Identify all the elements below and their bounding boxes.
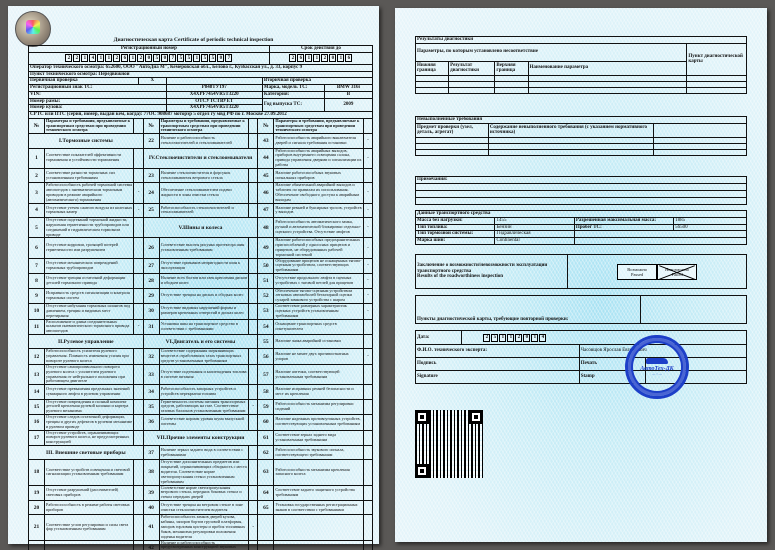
item-requirement: Отсутствие механических повреждений торм… — [45, 258, 134, 273]
max-mass-value: 1885 — [674, 217, 747, 224]
failed-en: Failed — [672, 272, 683, 277]
item-requirement: Наличие надежных противоугонных устройст… — [274, 415, 363, 430]
table-row: I.Тормозные системы22Наличие и работоспо… — [29, 134, 373, 148]
table-row: 13Отсутствие самопроизвольного поворота … — [29, 364, 373, 384]
col-header-param: Параметры и требования, предъявляемые к … — [45, 118, 134, 133]
item-status — [249, 238, 258, 258]
item-number: 4 — [29, 203, 45, 217]
item-status: - — [363, 148, 372, 168]
item-number: 57 — [258, 364, 274, 384]
item-number: 64 — [258, 485, 274, 500]
item-number: 60 — [258, 415, 274, 430]
item-requirement: Работоспособность замков дверей кузова, … — [159, 515, 248, 540]
table-row: 4Отсутствие утечек сжатого воздуха из ко… — [29, 203, 373, 217]
item-requirement: Отсутствие коррозии, грозящей потерей ге… — [45, 238, 134, 258]
item-requirement: Отсутствие превышения предельных значени… — [45, 385, 134, 399]
card-title: Диагностическая карта Certificate of per… — [8, 37, 379, 44]
digit-cell: 2 — [289, 54, 296, 62]
item-number: 20 — [29, 501, 45, 515]
item-status — [134, 258, 143, 273]
section-heading: VII.Прочие элементы конструкции — [143, 430, 258, 445]
item-status: - — [363, 304, 372, 319]
item-requirement: Работоспособность рабочей тормозной сист… — [45, 183, 134, 203]
table-row: 7Отсутствие механических повреждений тор… — [29, 258, 373, 273]
section-heading: V.Шины и колеса — [143, 218, 258, 238]
company-seal-stamp: АвтоТех-ДК — ◦ — — [625, 335, 689, 399]
col-param-name: Наименование параметра — [528, 61, 687, 75]
curb-mass-value: 1455 — [495, 217, 574, 224]
card-item-label: Пункт диагностической карты — [687, 43, 747, 75]
item-number: 63 — [258, 460, 274, 485]
item-requirement: Работоспособность усилителя рулевого упр… — [45, 349, 134, 364]
table-row: 15Отсутствие повреждения и полный компле… — [29, 399, 373, 414]
digit-cell: 4 — [539, 334, 546, 342]
item-status: - — [249, 399, 258, 414]
tyres-value: Continental — [495, 238, 574, 245]
item-status — [249, 258, 258, 273]
signature-label: Подпись — [416, 358, 580, 371]
item-requirement: Соответствие разности тормозных сил уста… — [45, 168, 134, 182]
col-header-param: Параметры и требования, предъявляемые к … — [159, 118, 248, 133]
digit-cell: 7 — [225, 54, 232, 62]
mileage-value: 56500 — [674, 224, 747, 231]
item-number: 5 — [29, 218, 45, 238]
item-number: 48 — [258, 218, 274, 238]
digit-cell: 1 — [129, 54, 136, 62]
item-requirement: Наличие всех болтов или гаек крепления д… — [159, 274, 248, 288]
item-status: - — [363, 288, 372, 303]
section-heading: I.Тормозные системы — [29, 134, 144, 148]
vehicle-data-table: Данные транспортного средства Масса без … — [415, 210, 747, 245]
primary-check-label: Первичная проверка — [29, 78, 139, 85]
item-status — [249, 183, 258, 203]
digit-cell: 1 — [531, 334, 538, 342]
digit-cell: 2 — [65, 54, 72, 62]
result-passed-box: Возможно Passed — [617, 264, 657, 280]
item-requirement: Соответствие норме светопропускания ветр… — [159, 485, 248, 500]
item-requirement: Наличие обязательной аварийной выходов и… — [274, 183, 363, 203]
item-requirement: Исправность средств сигнализации и контр… — [45, 288, 134, 303]
item-requirement: Наличие работоспособных звуковых сигналь… — [274, 168, 363, 182]
item-requirement: Соответствие углов регулировки и силы св… — [45, 515, 134, 540]
item-number: 51 — [258, 274, 274, 288]
item-number: 46 — [258, 183, 274, 203]
digit-cell: 0 — [145, 54, 152, 62]
expert-label: Ф.И.О. технического эксперта: — [416, 345, 580, 358]
item-number: 13 — [29, 364, 45, 384]
section-heading: VI.Двигатель и его системы — [143, 334, 258, 348]
item-number: 30 — [143, 304, 159, 319]
item-number: 26 — [143, 238, 159, 258]
item-requirement: Отсутствие продольного люфта в сцепных у… — [274, 274, 363, 288]
item-status — [363, 399, 372, 414]
item-number: 55 — [258, 334, 274, 348]
section-heading: II.Рулевое управление — [29, 334, 144, 348]
item-number: 7 — [29, 258, 45, 273]
item-requirement: Работоспособность аварийных выходов, при… — [274, 148, 363, 168]
digit-cell: 5 — [491, 334, 498, 342]
digit-cell: 0 — [161, 54, 168, 62]
item-status — [363, 485, 372, 500]
curb-mass-label: Масса без нагрузки: — [416, 217, 495, 224]
category-value: B — [324, 91, 372, 98]
item-number: 58 — [258, 385, 274, 399]
item-number: 33 — [143, 364, 159, 384]
table-row: 6Отсутствие коррозии, грозящей потерей г… — [29, 238, 373, 258]
item-number: 9 — [29, 288, 45, 303]
vin-value: X4XPF7454VR5T3220 — [166, 91, 262, 98]
item-status — [134, 304, 143, 319]
item-status — [134, 274, 143, 288]
item-number: 1 — [29, 148, 45, 168]
reg-plate-label: Регистрационный знак ТС: — [29, 85, 167, 92]
item-number: 21 — [29, 515, 45, 540]
item-requirement: Работоспособность запорных устройств и у… — [159, 385, 248, 399]
fuel-value: Бензин — [495, 224, 574, 231]
digit-cell: 2 — [73, 54, 80, 62]
digit-cell: 1 — [193, 54, 200, 62]
col-header-param: Параметры и требования, предъявляемые к … — [274, 118, 363, 133]
digit-cell: 5 — [177, 54, 184, 62]
item-requirement: Отсутствие повреждения и полный комплект… — [45, 399, 134, 414]
item-number: 14 — [29, 385, 45, 399]
digit-cell: 2 — [113, 54, 120, 62]
item-number: 42 — [143, 540, 159, 550]
item-status — [363, 319, 372, 334]
item-number: 25 — [143, 203, 159, 217]
item-status — [363, 460, 372, 485]
inspection-card-front-page: Диагностическая карта Certificate of per… — [8, 6, 379, 544]
table-row: 14Отсутствие превышения предельных значе… — [29, 385, 373, 399]
item-status — [249, 385, 258, 399]
digit-cell: 0 — [523, 334, 530, 342]
frame-label: Номер рамы: — [29, 98, 167, 105]
date-digits: 25112014 — [483, 334, 745, 342]
item-number: 22 — [143, 134, 159, 148]
item-status — [134, 460, 143, 485]
valid-until-label: Срок действия до — [269, 46, 372, 53]
table-row: 17Отсутствие устройств, ограничивающих п… — [29, 430, 373, 445]
item-status — [134, 501, 143, 515]
table-row: 42Наличие и работоспособность предусмотр… — [29, 540, 373, 550]
item-number: 29 — [143, 288, 159, 303]
mileage-label: Пробег ТС: — [574, 224, 673, 231]
digit-cell: 5 — [201, 54, 208, 62]
digit-cell: 5 — [153, 54, 160, 62]
reg-plate-value: Р848ТУ197 — [166, 85, 262, 92]
table-row: 5Отсутствие подтеканий тормозной жидкост… — [29, 218, 373, 238]
reg-number-label: Регистрационный номер — [29, 46, 270, 53]
item-number: 59 — [258, 399, 274, 414]
unmet-requirements-table: Невыполненные требования Предмет проверк… — [415, 116, 747, 156]
digit-cell: 1 — [499, 334, 506, 342]
table-row: II.Рулевое управлениеVI.Двигатель и его … — [29, 334, 373, 348]
item-number: 41 — [143, 515, 159, 540]
item-number: 65 — [258, 501, 274, 515]
item-requirement: Отсутствие трещин на дисках и ободьях ко… — [159, 288, 248, 303]
item-number: 45 — [258, 168, 274, 182]
item-status — [249, 168, 258, 182]
item-status — [134, 238, 143, 258]
unmet-title: Невыполненные требования — [416, 117, 747, 124]
digit-cell: 6 — [345, 54, 352, 62]
item-status: - — [134, 319, 143, 334]
item-number: 47 — [258, 203, 274, 217]
item-status — [134, 385, 143, 399]
item-number: 18 — [29, 460, 45, 485]
item-number: 6 — [29, 238, 45, 258]
item-number: 24 — [143, 183, 159, 203]
item-number: 52 — [258, 288, 274, 303]
item-status: - — [363, 258, 372, 273]
digit-cell: 1 — [305, 54, 312, 62]
item-number: 8 — [29, 274, 45, 288]
item-number: 54 — [258, 319, 274, 334]
item-requirement: Обеспечение тягово-сцепным устройством л… — [274, 288, 363, 303]
item-number: 35 — [143, 399, 159, 414]
item-status: - — [363, 203, 372, 217]
item-status — [249, 203, 258, 217]
item-requirement: Установка государственных регистрационны… — [274, 501, 363, 515]
item-requirement: Оборудование прицепов не оснащенных тяго… — [274, 258, 363, 273]
item-status — [363, 446, 372, 460]
unmet-col-subject: Предмет проверки (узел, деталь, агрегат) — [416, 123, 489, 137]
item-number: 32 — [143, 349, 159, 364]
table-row: 9Исправность средств сигнализации и конт… — [29, 288, 373, 303]
qr-code — [415, 410, 483, 478]
item-status: - — [363, 274, 372, 288]
signature-label-en: Signature — [416, 371, 580, 384]
item-requirement: Наличие работоспособных предохранительны… — [274, 238, 363, 258]
diag-results-title: Результаты диагностики — [416, 37, 747, 44]
col-header-num: № — [258, 118, 274, 133]
item-number: 39 — [143, 485, 159, 500]
item-status — [363, 501, 372, 515]
item-requirement: Отсутствие набухания тормозных шлангов п… — [45, 304, 134, 319]
item-status — [134, 399, 143, 414]
item-status: - — [363, 238, 372, 258]
reg-number-digits: 221411261205075515507 — [30, 54, 268, 62]
item-status — [134, 515, 143, 540]
item-status — [134, 349, 143, 364]
item-requirement: Наличие стеклоочистителя и форсунок стек… — [159, 168, 248, 182]
max-mass-label: Разрешенная максимальная масса: — [574, 217, 673, 224]
item-requirement: Отсутствие видимых нарушений формы и раз… — [159, 304, 248, 319]
digit-cell: 1 — [507, 334, 514, 342]
digit-cell: 4 — [89, 54, 96, 62]
item-number: 19 — [29, 485, 45, 500]
make-model-value: BMW 316i — [324, 85, 372, 92]
item-requirement: Наличие знака аварийной остановки — [274, 334, 363, 348]
item-requirement: Работоспособность аварийного выключателя… — [274, 134, 363, 148]
item-requirement: Отсутствие признаков непригодности шин к… — [159, 258, 248, 273]
item-number: 53 — [258, 304, 274, 319]
item-status — [134, 415, 143, 430]
col-upper-bound: Верхняя граница — [495, 61, 528, 75]
item-number: 44 — [258, 148, 274, 168]
item-requirement: Отсутствие дополнительных предметов или … — [159, 460, 248, 485]
digit-cell: 5 — [209, 54, 216, 62]
primary-check-mark: X — [139, 78, 167, 85]
table-row: 2Соответствие разности тормозных сил уст… — [29, 168, 373, 182]
item-status — [249, 364, 258, 384]
item-number: 2 — [29, 168, 45, 182]
item-requirement: Работоспособность стеклоочистителей и ст… — [159, 203, 248, 217]
digit-cell: 1 — [105, 54, 112, 62]
col-header-num: № — [143, 118, 159, 133]
recheck-label: Пункты диагностической карты, требующие … — [416, 296, 641, 324]
item-requirement: Наличие и работоспособность стеклоочисти… — [159, 134, 248, 148]
digit-cell: 0 — [217, 54, 224, 62]
digit-cell: 2 — [515, 334, 522, 342]
passed-en: Passed — [631, 272, 643, 277]
item-requirement: Соответствие устройств освещения и свето… — [45, 460, 134, 485]
item-requirement: Обеспечение стеклоомывателем подачи жидк… — [159, 183, 248, 203]
item-number: 62 — [258, 446, 274, 460]
table-row: 8Отсутствие трещин остаточной деформации… — [29, 274, 373, 288]
item-requirement: Отсутствие подтеканий тормозной жидкости… — [45, 218, 134, 238]
table-row: 21Соответствие углов регулировки и силы … — [29, 515, 373, 540]
item-requirement: Оснащение транспортных средств огнетушит… — [274, 319, 363, 334]
failed-ru: Невозможно — [665, 267, 689, 272]
diagnostic-results-table: Результаты диагностики Параметры, по кот… — [415, 36, 747, 94]
item-status — [134, 148, 143, 168]
item-requirement: Работоспособность в режиме работы светов… — [45, 501, 134, 515]
item-requirement: Отсутствие разрушений (рассеивателей) св… — [45, 485, 134, 500]
date-label: Дата: — [416, 331, 462, 345]
item-number: 61 — [258, 430, 274, 445]
item-status — [249, 319, 258, 334]
item-number: 3 — [29, 183, 45, 203]
item-requirement: Соответствие зеркал заднего вида установ… — [274, 430, 363, 445]
item-requirement: Наличие ремней и буксирных тросов, устро… — [274, 203, 363, 217]
result-failed-box-crossed: Невозможно Failed — [657, 264, 697, 280]
item-number: 15 — [29, 399, 45, 414]
item-requirement: Отсутствие устройств, ограничивающих пов… — [45, 430, 134, 445]
item-number: 16 — [29, 415, 45, 430]
conclusion-label-en: Results of the roadworthiness inspection — [417, 274, 566, 280]
item-requirement: Работоспособность автоматического замка,… — [274, 218, 363, 238]
item-requirement: Герметичность системы питания транспортн… — [159, 399, 248, 414]
item-number: 50 — [258, 258, 274, 273]
col-header-num: № — [29, 118, 45, 133]
fuel-label: Тип топлива: — [416, 224, 495, 231]
section-heading: IV.Стеклоочистители и стеклоомыватели — [143, 148, 258, 168]
digit-cell: 1 — [81, 54, 88, 62]
digit-cell: 2 — [137, 54, 144, 62]
item-number: 11 — [29, 319, 45, 334]
item-status — [363, 364, 372, 384]
inspection-items-table: №Параметры и требования, предъявляемые к… — [28, 118, 373, 550]
col-lower-bound: Нижняя граница — [416, 61, 449, 75]
params-label: Параметры, по которым установлено несоот… — [416, 43, 687, 61]
digit-cell: 5 — [185, 54, 192, 62]
item-requirement: Соответствие высоты рисунка протектора ш… — [159, 238, 248, 258]
item-requirement: Соответствие размерных характеристик сце… — [274, 304, 363, 319]
item-status: - — [134, 203, 143, 217]
item-number: 43 — [258, 134, 274, 148]
col-diag-result: Результат диагностики — [449, 61, 495, 75]
valid-until-digits: 26112016 — [271, 54, 371, 62]
notes-label: Примечания: — [416, 177, 747, 184]
item-status: - — [363, 134, 372, 148]
item-number: 49 — [258, 238, 274, 258]
item-number: 12 — [29, 349, 45, 364]
item-number: 23 — [143, 168, 159, 182]
item-number: 34 — [143, 385, 159, 399]
table-row: 20Работоспособность в режиме работы свет… — [29, 501, 373, 515]
signoff-table: Дата: 25112014 Ф.И.О. технического экспе… — [415, 330, 747, 384]
item-status — [249, 540, 258, 550]
item-requirement: Наличие зеркал заднего вида в соответств… — [159, 446, 248, 460]
frame-value: ОТСУТСТВУЕТ — [166, 98, 262, 105]
table-row: 18Соответствие устройств освещения и све… — [29, 460, 373, 485]
item-requirement: Отсутствие трещин на ветровом стекле в з… — [159, 501, 248, 515]
item-requirement: Работоспособность механизма крепления за… — [274, 460, 363, 485]
item-status — [249, 288, 258, 303]
item-number: 36 — [143, 415, 159, 430]
item-requirement: Наличие аптечки, соответствующей установ… — [274, 364, 363, 384]
item-requirement: Соответствие показателей эффективности т… — [45, 148, 134, 168]
digit-cell: 7 — [169, 54, 176, 62]
item-requirement: Работоспособность механизма регулировки … — [274, 399, 363, 414]
make-model-label: Марка, модель ТС: — [262, 85, 324, 92]
year-value: 2009 — [324, 98, 372, 112]
digit-cell: 2 — [483, 334, 490, 342]
table-row: 3Работоспособность рабочей тормозной сис… — [29, 183, 373, 203]
item-status — [249, 349, 258, 364]
table-row: 19Отсутствие разрушений (рассеивателей) … — [29, 485, 373, 500]
digit-cell: 6 — [121, 54, 128, 62]
brake-type-label: Тип тормозной системы: — [416, 231, 495, 238]
digit-cell: 0 — [329, 54, 336, 62]
recheck-table: Пункты диагностической карты, требующие … — [415, 295, 747, 324]
item-requirement: Отсутствие самопроизвольного поворота ру… — [45, 364, 134, 384]
item-requirement: Соответствие заднего защитного устройств… — [274, 485, 363, 500]
vin-label: VIN: — [29, 91, 167, 98]
section-heading: III. Внешние световые приборы — [29, 446, 144, 460]
item-status — [249, 485, 258, 500]
item-status — [134, 288, 143, 303]
item-status — [249, 446, 258, 460]
item-requirement: Установка шин на транспортное средство в… — [159, 319, 248, 334]
body-label: Номер кузова: — [29, 105, 167, 112]
table-row: 12Работоспособность усилителя рулевого у… — [29, 349, 373, 364]
category-label: Категория: — [262, 91, 324, 98]
item-status — [134, 168, 143, 182]
item-number: 38 — [143, 460, 159, 485]
item-number: 10 — [29, 304, 45, 319]
operator-line: Оператор технического осмотра: 652600, О… — [29, 64, 373, 71]
item-status — [134, 485, 143, 500]
item-requirement: Соответствие содержания загрязняющих вещ… — [159, 349, 248, 364]
item-number: 17 — [29, 430, 45, 445]
digit-cell: 1 — [313, 54, 320, 62]
item-requirement: Расположение и длина соединительных шлан… — [45, 319, 134, 334]
tyres-label: Марка шин: — [416, 238, 495, 245]
item-requirement: Наличие исправных ремней безопасности и … — [274, 385, 363, 399]
item-status — [249, 460, 258, 485]
item-status — [249, 274, 258, 288]
item-status — [249, 134, 258, 148]
vehicle-data-title: Данные транспортного средства — [416, 211, 747, 218]
digit-cell: 2 — [321, 54, 328, 62]
table-row: 11Расположение и длина соединительных шл… — [29, 319, 373, 334]
item-status: - — [134, 183, 143, 203]
item-number: 56 — [258, 349, 274, 364]
item-status — [363, 168, 372, 182]
item-status — [363, 430, 372, 445]
